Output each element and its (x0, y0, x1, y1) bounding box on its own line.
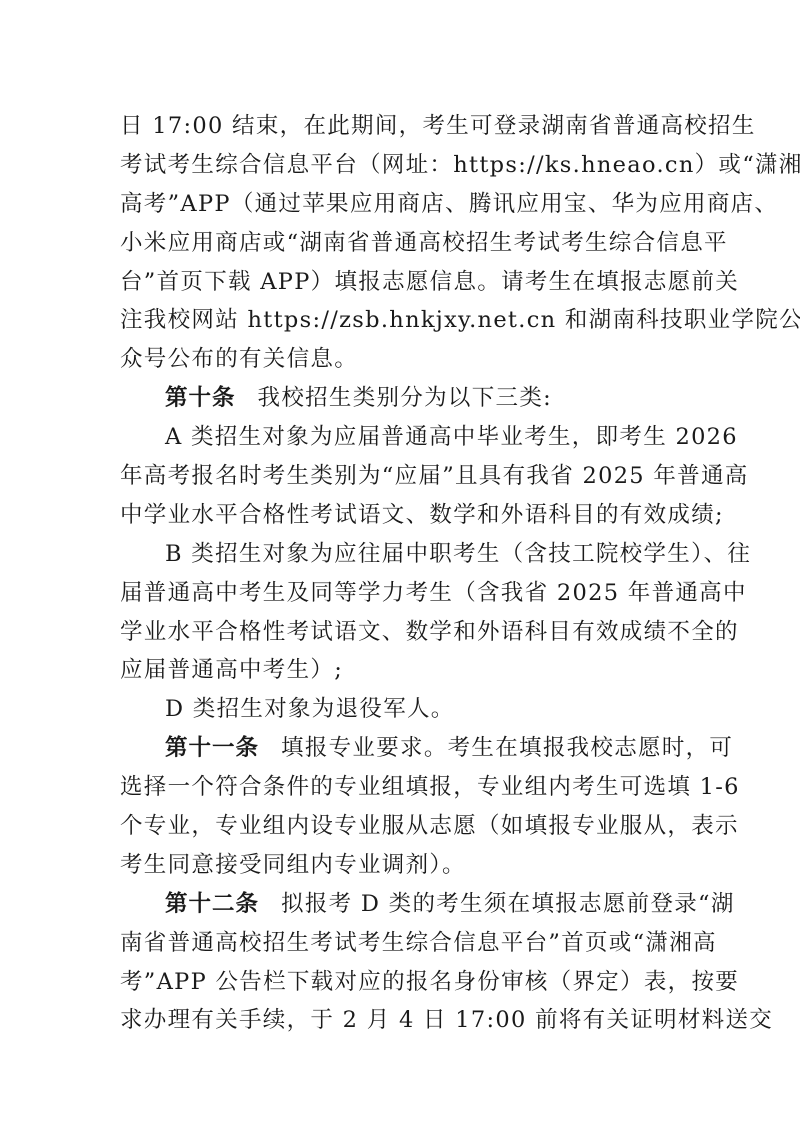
text-line: 年高考报名时考生类别为“应届”且具有我省 2025 年普通高 (120, 457, 678, 496)
article-12-text: 拟报考 D 类的考生须在填报志愿前登录“湖 (281, 891, 735, 917)
document-page: 日 17:00 结束，在此期间，考生可登录湖南省普通高校招生 考试考生综合信息平… (120, 107, 678, 1040)
article-11-line: 第十一条填报专业要求。考生在填报我校志愿时，可 (120, 729, 678, 768)
text-line: 高考”APP（通过苹果应用商店、腾讯应用宝、华为应用商店、 (120, 185, 678, 224)
article-12-line: 第十二条拟报考 D 类的考生须在填报志愿前登录“湖 (120, 885, 678, 924)
text-line: 注我校网站 https://zsb.hnkjxy.net.cn 和湖南科技职业学… (120, 301, 678, 340)
text-line: 众号公布的有关信息。 (120, 340, 678, 379)
text-line: 届普通高中考生及同等学力考生（含我省 2025 年普通高中 (120, 574, 678, 613)
paragraph-category-d: D 类招生对象为退役军人。 (120, 690, 678, 729)
text-line: 考”APP 公告栏下载对应的报名身份审核（界定）表，按要 (120, 963, 678, 1002)
text-line: 日 17:00 结束，在此期间，考生可登录湖南省普通高校招生 (120, 107, 678, 146)
article-12: 第十二条拟报考 D 类的考生须在填报志愿前登录“湖 南省普通高校招生考试考生综合… (120, 885, 678, 1041)
text-line: 选择一个符合条件的专业组填报，专业组内考生可选填 1-6 (120, 768, 678, 807)
text-line: 考试考生综合信息平台（网址：https://ks.hneao.cn）或“潇湘 (120, 146, 678, 185)
text-line: 求办理有关手续，于 2 月 4 日 17:00 前将有关证明材料送交 (120, 1001, 678, 1040)
paragraph-continued: 日 17:00 结束，在此期间，考生可登录湖南省普通高校招生 考试考生综合信息平… (120, 107, 678, 379)
text-line: 小米应用商店或“湖南省普通高校招生考试考生综合信息平 (120, 224, 678, 263)
article-10-line: 第十条我校招生类别分为以下三类: (120, 379, 678, 418)
article-11-heading: 第十一条 (165, 735, 259, 761)
text-line: 学业水平合格性考试语文、数学和外语科目有效成绩不全的 (120, 613, 678, 652)
text-line: A 类招生对象为应届普通高中毕业考生，即考生 2026 (120, 418, 678, 457)
text-line: 应届普通高中考生）; (120, 651, 678, 690)
paragraph-category-b: B 类招生对象为应往届中职考生（含技工院校学生）、往 届普通高中考生及同等学力考… (120, 535, 678, 691)
article-10-heading: 第十条 (165, 385, 236, 411)
text-line: 中学业水平合格性考试语文、数学和外语科目的有效成绩; (120, 496, 678, 535)
text-line: 南省普通高校招生考试考生综合信息平台”首页或“潇湘高 (120, 924, 678, 963)
article-11-text: 填报专业要求。考生在填报我校志愿时，可 (281, 735, 733, 761)
text-line: 台”首页下载 APP）填报志愿信息。请考生在填报志愿前关 (120, 263, 678, 302)
text-line: 考生同意接受同组内专业调剂）。 (120, 846, 678, 885)
article-12-heading: 第十二条 (165, 891, 259, 917)
article-10-text: 我校招生类别分为以下三类: (258, 385, 552, 411)
paragraph-category-a: A 类招生对象为应届普通高中毕业考生，即考生 2026 年高考报名时考生类别为“… (120, 418, 678, 535)
article-11: 第十一条填报专业要求。考生在填报我校志愿时，可 选择一个符合条件的专业组填报，专… (120, 729, 678, 885)
text-line: B 类招生对象为应往届中职考生（含技工院校学生）、往 (120, 535, 678, 574)
article-10: 第十条我校招生类别分为以下三类: (120, 379, 678, 418)
text-line: 个专业，专业组内设专业服从志愿（如填报专业服从，表示 (120, 807, 678, 846)
text-line: D 类招生对象为退役军人。 (120, 690, 678, 729)
